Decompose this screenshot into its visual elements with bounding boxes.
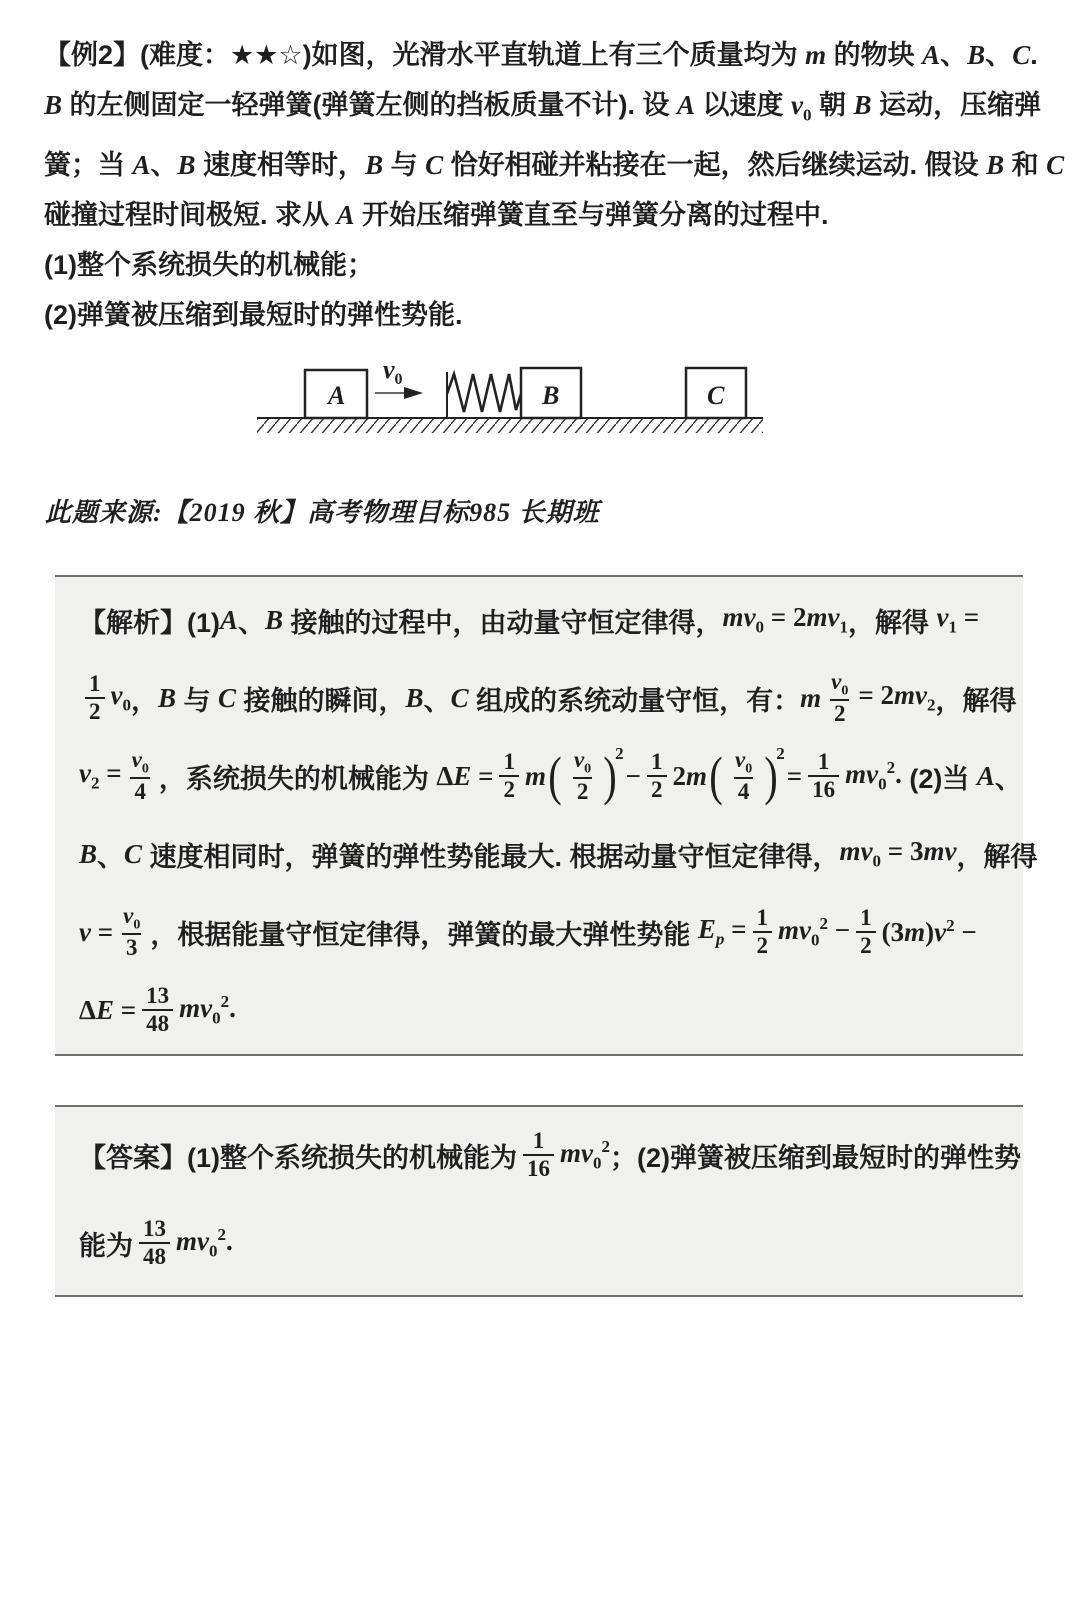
text-line: B、C 速度相同时，弹簧的弹性势能最大. 根据动量守恒定律得，mv0 = 3mv… [79, 815, 999, 893]
math-char: ( [882, 917, 891, 947]
chinese-text: 与 [383, 150, 425, 180]
math-char: 3 [155, 1216, 167, 1241]
text-line: 【例2】(难度：★★☆)如图，光滑水平直轨道上有三个质量均为 m 的物块 A、B… [44, 30, 1040, 80]
chinese-text: 接触的瞬间， [236, 679, 406, 718]
math-char: 2 [602, 1137, 611, 1156]
chinese-text: ，根据能量守恒定律得，弹簧的最大弹性势能 [150, 913, 698, 952]
fraction-denominator: 2 [573, 777, 593, 805]
math-expression: A [133, 150, 151, 180]
fraction-numerator: 1 [753, 905, 773, 931]
fraction: 12 [647, 749, 667, 803]
fraction-numerator: v0 [570, 747, 595, 777]
math-expression: C [425, 150, 443, 180]
velocity-arrow-head [404, 387, 423, 399]
fraction: 12 [499, 749, 519, 803]
math-expression: v = [79, 917, 113, 948]
fraction: 116 [523, 1128, 554, 1182]
text-line: 【解析】(1)A、B 接触的过程中，由动量守恒定律得，mv0 = 2mv1，解得… [79, 581, 999, 659]
chinese-text: ；(2)弹簧被压缩到最短时的弹性势 [610, 1136, 1021, 1175]
chinese-text: 【例2】(难度：★★☆)如图，光滑水平直轨道上有三个质量均为 [44, 40, 805, 70]
parenthesized-fraction: (v02)2 [546, 746, 626, 806]
math-expression: C [1012, 40, 1030, 70]
close-paren: ) [765, 746, 778, 806]
math-char: 3 [158, 983, 170, 1008]
subscript: 1 [839, 618, 848, 637]
math-char: 2 [887, 758, 896, 777]
math-expression: mv02. [176, 1225, 233, 1261]
math-char: 0 [756, 618, 765, 637]
math-expression: v0 [791, 90, 811, 120]
chinese-text: 运动，压缩弹 [872, 90, 1042, 120]
math-expression: v1 = [936, 602, 979, 637]
chinese-text: (2)弹簧被压缩到最短时的弹性势能. [44, 300, 463, 330]
math-char: 2 [927, 696, 936, 715]
chinese-text: 、 [97, 835, 124, 874]
chinese-text: 【解析】(1) [79, 601, 220, 640]
math-char: m [806, 602, 827, 632]
math-expression: 2m [673, 761, 708, 792]
math-char: 2 [757, 933, 769, 958]
math-char: Δ [436, 761, 453, 791]
math-expression: B [854, 90, 872, 120]
math-char: m [560, 1138, 581, 1168]
math-char: 0 [593, 1153, 602, 1172]
math-char: B [406, 683, 424, 713]
math-char: 3 [891, 917, 905, 947]
subscript: 0 [212, 1008, 221, 1027]
math-char: = [787, 761, 802, 791]
superscript: 2 [221, 992, 230, 1011]
math-char: 2 [221, 992, 230, 1011]
math-expression: v0 [111, 680, 131, 715]
math-char: 3 [126, 935, 138, 960]
math-char: C [1012, 40, 1030, 70]
math-char: 1 [651, 749, 663, 774]
answer-box: 【答案】(1)整个系统损失的机械能为116mv02；(2)弹簧被压缩到最短时的弹… [55, 1105, 1023, 1297]
math-expression: A [220, 605, 238, 636]
math-char: = [106, 758, 121, 788]
math-char: B [967, 40, 985, 70]
fraction-numerator: 1 [814, 749, 834, 775]
block-c-label: C [707, 381, 725, 410]
subscript: 0 [841, 684, 848, 699]
chinese-text: . [1030, 40, 1038, 70]
chinese-text: 簧；当 [44, 150, 133, 180]
chinese-text: (2)当 [902, 757, 977, 796]
math-char: 2 [673, 761, 687, 791]
math-char: 0 [803, 105, 812, 124]
math-char: Δ [79, 995, 96, 1025]
fraction-denominator: 2 [753, 931, 773, 959]
math-char: 1 [89, 671, 101, 696]
fraction: v04 [128, 747, 153, 805]
math-expression: A [977, 761, 995, 792]
math-char: 1 [818, 749, 830, 774]
chinese-text: ，解得 [935, 679, 1016, 718]
math-char: = [964, 602, 979, 632]
math-char: v [799, 915, 811, 945]
math-expression: mv02. [179, 992, 236, 1028]
math-char: E [96, 995, 114, 1025]
text-line: ΔE =1348mv02. [79, 971, 999, 1049]
chinese-text: 碰撞过程时间极短. 求从 [44, 200, 337, 230]
fraction-denominator: 48 [139, 1242, 170, 1270]
chinese-text: 开始压缩弹簧直至与弹簧分离的过程中. [355, 200, 829, 230]
fraction-numerator: 13 [142, 983, 173, 1009]
physics-worksheet-page: { "colors": { "page_bg": "#ffffff", "box… [0, 0, 1080, 1623]
math-char: m [525, 761, 546, 791]
fraction: 12 [85, 671, 105, 725]
math-char: 0 [133, 918, 140, 933]
math-char: 0 [878, 774, 887, 793]
chinese-text: 、 [985, 40, 1012, 70]
fraction-denominator: 4 [734, 777, 754, 805]
fraction-denominator: 2 [830, 699, 850, 727]
ground-hatching [257, 419, 763, 433]
chinese-text: 恰好相碰并粘接在一起，然后继续运动. 假设 [443, 150, 986, 180]
math-char: E [698, 914, 716, 944]
fraction-denominator: 4 [130, 777, 150, 805]
subscript: 0 [803, 105, 812, 124]
math-char: B [178, 150, 196, 180]
math-char: 0 [841, 684, 848, 699]
math-char: = [771, 602, 786, 632]
chinese-text: ，解得 [848, 601, 937, 640]
subscript: 0 [756, 618, 765, 637]
chinese-text: ， [131, 679, 158, 718]
math-char: m [904, 917, 925, 947]
math-char: = [858, 680, 873, 710]
math-char: 8 [158, 1011, 170, 1036]
math-expression: C [1046, 150, 1064, 180]
math-char: C [218, 683, 236, 713]
fraction: v03 [119, 903, 144, 961]
open-paren: ( [709, 746, 722, 806]
fraction-denominator: 2 [856, 931, 876, 959]
chinese-text: 朝 [812, 90, 854, 120]
math-char: 1 [143, 1216, 155, 1241]
math-expression: B [178, 150, 196, 180]
subscript: 0 [122, 696, 131, 715]
math-char: C [1046, 150, 1064, 180]
subscript: 0 [878, 774, 887, 793]
text-line: (1)整个系统损失的机械能； [44, 240, 1040, 290]
math-expression: A [337, 200, 355, 230]
superscript: 2 [946, 916, 955, 935]
math-char: 1 [503, 749, 515, 774]
math-expression: B [406, 683, 424, 714]
math-char: A [220, 605, 238, 635]
math-expression: mv0 = 2mv1 [723, 602, 848, 637]
text-line: 【答案】(1)整个系统损失的机械能为116mv02；(2)弹簧被压缩到最短时的弹… [79, 1111, 999, 1199]
text-line: 能为1348mv02. [79, 1199, 999, 1287]
math-char: v [831, 669, 841, 694]
fraction-denominator: 2 [647, 775, 667, 803]
math-char: v [574, 747, 584, 772]
math-char: m [686, 761, 707, 791]
math-char: m [923, 836, 944, 866]
chinese-text: 的左侧固定一轻弹簧(弹簧左侧的挡板质量不计). 设 [62, 90, 677, 120]
fraction-denominator: 2 [499, 775, 519, 803]
math-char: 2 [834, 701, 846, 726]
math-char: B [365, 150, 383, 180]
chinese-text: 的物块 [826, 40, 922, 70]
fraction-numerator: v0 [827, 669, 852, 699]
math-char: B [44, 90, 62, 120]
math-char: 2 [880, 680, 894, 710]
math-char: C [425, 150, 443, 180]
math-char: m [723, 602, 744, 632]
fraction-numerator: 1 [529, 1128, 549, 1154]
math-char: A [337, 200, 355, 230]
fraction-denominator: 16 [523, 1154, 554, 1182]
math-char: 0 [584, 762, 591, 777]
math-expression: B [158, 683, 176, 714]
math-char: v [200, 993, 212, 1023]
fraction-denominator: 48 [142, 1009, 173, 1037]
math-char: 1 [812, 777, 824, 802]
math-char: B [854, 90, 872, 120]
math-expression: mv0 = 3mv [840, 836, 957, 871]
open-paren: ( [548, 746, 561, 806]
math-char: A [922, 40, 940, 70]
text-line: 簧；当 A、B 速度相等时，B 与 C 恰好相碰并粘接在一起，然后继续运动. 假… [44, 140, 1040, 190]
math-expression: ΔE = [436, 761, 493, 792]
math-char: 1 [757, 905, 769, 930]
math-char: 2 [793, 602, 807, 632]
fraction-denominator: 3 [122, 933, 142, 961]
math-expression: B [967, 40, 985, 70]
math-expression: v2 = [79, 758, 122, 793]
chinese-text: 速度相等时， [196, 150, 366, 180]
math-char: 2 [577, 779, 589, 804]
subscript: 0 [584, 762, 591, 777]
math-char: = [98, 917, 113, 947]
math-expression: C [124, 839, 142, 870]
math-char: 3 [910, 836, 924, 866]
math-char: 1 [948, 618, 957, 637]
math-char [114, 995, 121, 1025]
chinese-text: 、 [995, 757, 1022, 796]
math-char: 1 [860, 905, 872, 930]
fraction-numerator: v0 [731, 747, 756, 777]
math-char: − [835, 915, 850, 945]
fraction-denominator: 16 [808, 775, 839, 803]
subscript: 0 [593, 1153, 602, 1172]
fraction: 1348 [139, 1216, 170, 1270]
subscript: 0 [745, 762, 752, 777]
text-line: B 的左侧固定一轻弹簧(弹簧左侧的挡板质量不计). 设 A 以速度 v0 朝 B… [44, 80, 1040, 140]
subscript: 2 [927, 696, 936, 715]
math-char [786, 602, 793, 632]
math-expression: A [922, 40, 940, 70]
fraction: v02 [827, 669, 852, 727]
math-char: v [123, 903, 133, 928]
math-char: 0 [209, 1241, 218, 1260]
math-char [881, 836, 888, 866]
math-char: ) [925, 917, 934, 947]
math-char: 0 [122, 696, 131, 715]
math-char: m [176, 1226, 197, 1256]
chinese-text: 、 [238, 601, 265, 640]
math-char: v [934, 917, 946, 947]
math-char: 2 [503, 777, 515, 802]
fraction-numerator: 1 [499, 749, 519, 775]
math-char: . [229, 993, 236, 1023]
block-b-label: B [541, 381, 559, 410]
math-char: 2 [860, 933, 872, 958]
fraction-numerator: 1 [85, 671, 105, 697]
chinese-text: 能为 [79, 1224, 133, 1263]
analysis-box: 【解析】(1)A、B 接触的过程中，由动量守恒定律得，mv0 = 2mv1，解得… [55, 575, 1023, 1056]
math-char: 0 [873, 852, 882, 871]
math-char [957, 602, 964, 632]
math-expression: ΔE = [79, 995, 136, 1026]
math-char: 0 [745, 762, 752, 777]
blocks-spring-diagram: A v0 B C [253, 346, 768, 436]
math-char: 1 [146, 983, 158, 1008]
math-expression: mv02 [560, 1137, 610, 1173]
math-char: 1 [527, 1156, 539, 1181]
fraction-denominator: 2 [85, 697, 105, 725]
math-expression: C [451, 683, 469, 714]
math-char: = [731, 914, 746, 944]
math-char: B [79, 839, 97, 869]
chinese-text: 速度相同时，弹簧的弹性势能最大. 根据动量守恒定律得， [142, 835, 840, 874]
math-char: 2 [218, 1225, 227, 1244]
problem-source: 此题来源:【2019 秋】高考物理目标985 长期班 [45, 492, 600, 529]
fraction-numerator: v0 [128, 747, 153, 777]
problem-statement: 【例2】(难度：★★☆)如图，光滑水平直轨道上有三个质量均为 m 的物块 A、B… [44, 30, 1040, 340]
math-char: 0 [811, 930, 820, 949]
math-char: B [158, 683, 176, 713]
spring-coil [447, 374, 521, 412]
math-char: v [79, 758, 91, 788]
text-line: 12v0，B 与 C 接触的瞬间，B、C 组成的系统动量守恒，有：mv02= 2… [79, 659, 999, 737]
math-expression: mv02 − [778, 914, 850, 950]
math-char: 1 [839, 618, 848, 637]
chinese-text: ，解得 [956, 835, 1037, 874]
subscript: 0 [209, 1241, 218, 1260]
math-char: m [840, 836, 861, 866]
math-expression: B [44, 90, 62, 120]
text-line: 碰撞过程时间极短. 求从 A 开始压缩弹簧直至与弹簧分离的过程中. [44, 190, 1040, 240]
math-expression: B [986, 150, 1004, 180]
fraction-numerator: 1 [856, 905, 876, 931]
math-expression: Ep = [698, 914, 747, 949]
math-expression: m [805, 40, 826, 70]
subscript: 1 [948, 618, 957, 637]
superscript: 2 [820, 914, 829, 933]
chinese-text: ，系统损失的机械能为 [159, 757, 437, 796]
math-expression: mv02. [845, 758, 902, 794]
math-char: 2 [946, 916, 955, 935]
math-char: v [936, 602, 948, 632]
math-char: 4 [143, 1244, 155, 1269]
chinese-text: 和 [1004, 150, 1046, 180]
math-char: = [888, 836, 903, 866]
math-char: B [265, 605, 283, 635]
math-char: . [895, 759, 902, 789]
superscript: 2 [602, 1137, 611, 1156]
fraction: 116 [808, 749, 839, 803]
text-line: v2 =v04，系统损失的机械能为 ΔE =12m(v02)2−122m(v04… [79, 737, 999, 815]
chinese-text: 组成的系统动量守恒，有： [469, 679, 801, 718]
math-char: 1 [533, 1128, 545, 1153]
superscript: 2 [218, 1225, 227, 1244]
text-line: (2)弹簧被压缩到最短时的弹性势能. [44, 290, 1040, 340]
math-expression: A [677, 90, 695, 120]
math-char: 4 [738, 779, 750, 804]
math-char: 6 [539, 1156, 551, 1181]
math-expression: (3m)v2 − [882, 916, 977, 948]
fraction: v02 [570, 747, 595, 805]
superscript: 2 [887, 758, 896, 777]
math-char: v [197, 1226, 209, 1256]
math-char: 2 [89, 699, 101, 724]
math-char: 2 [820, 914, 829, 933]
math-char: v [866, 759, 878, 789]
math-char: B [986, 150, 1004, 180]
math-char: v [791, 90, 803, 120]
math-char [91, 917, 98, 947]
chinese-text: 与 [176, 679, 218, 718]
math-expression: m [525, 761, 546, 792]
math-char: m [845, 759, 866, 789]
math-char: 0 [142, 762, 149, 777]
math-char [764, 602, 771, 632]
chinese-text: 【答案】(1)整个系统损失的机械能为 [79, 1136, 517, 1175]
math-char: 0 [212, 1008, 221, 1027]
fraction: 12 [753, 905, 773, 959]
math-char: = [121, 995, 136, 1025]
math-char: v [581, 1138, 593, 1168]
math-char: 8 [155, 1244, 167, 1269]
chinese-text: 、 [940, 40, 967, 70]
math-expression: B [265, 605, 283, 636]
math-char: A [977, 761, 995, 791]
math-char: v [79, 917, 91, 947]
math-expression: C [218, 683, 236, 714]
math-char: v [861, 836, 873, 866]
math-char: v [744, 602, 756, 632]
subscript: 0 [811, 930, 820, 949]
block-a-label: A [326, 381, 345, 410]
math-char: v [132, 747, 142, 772]
math-char: = [478, 761, 493, 791]
fraction-numerator: 1 [647, 749, 667, 775]
math-char: 6 [824, 777, 836, 802]
math-char: . [226, 1226, 233, 1256]
math-char: A [133, 150, 151, 180]
subscript: 0 [142, 762, 149, 777]
math-char: m [805, 40, 826, 70]
math-expression: m [800, 683, 821, 714]
math-expression: B [79, 839, 97, 870]
math-char: − [626, 761, 641, 791]
velocity-label: v0 [383, 355, 403, 388]
fraction: 12 [856, 905, 876, 959]
math-char: m [894, 680, 915, 710]
text-line: v =v03，根据能量守恒定律得，弹簧的最大弹性势能 Ep =12mv02 −1… [79, 893, 999, 971]
chinese-text: 接触的过程中，由动量守恒定律得， [283, 601, 723, 640]
math-expression: − [626, 761, 641, 792]
math-expression: B [365, 150, 383, 180]
math-expression: = [787, 761, 802, 792]
math-char: m [179, 993, 200, 1023]
subscript: 0 [133, 918, 140, 933]
chinese-text: (1)整个系统损失的机械能； [44, 250, 374, 280]
